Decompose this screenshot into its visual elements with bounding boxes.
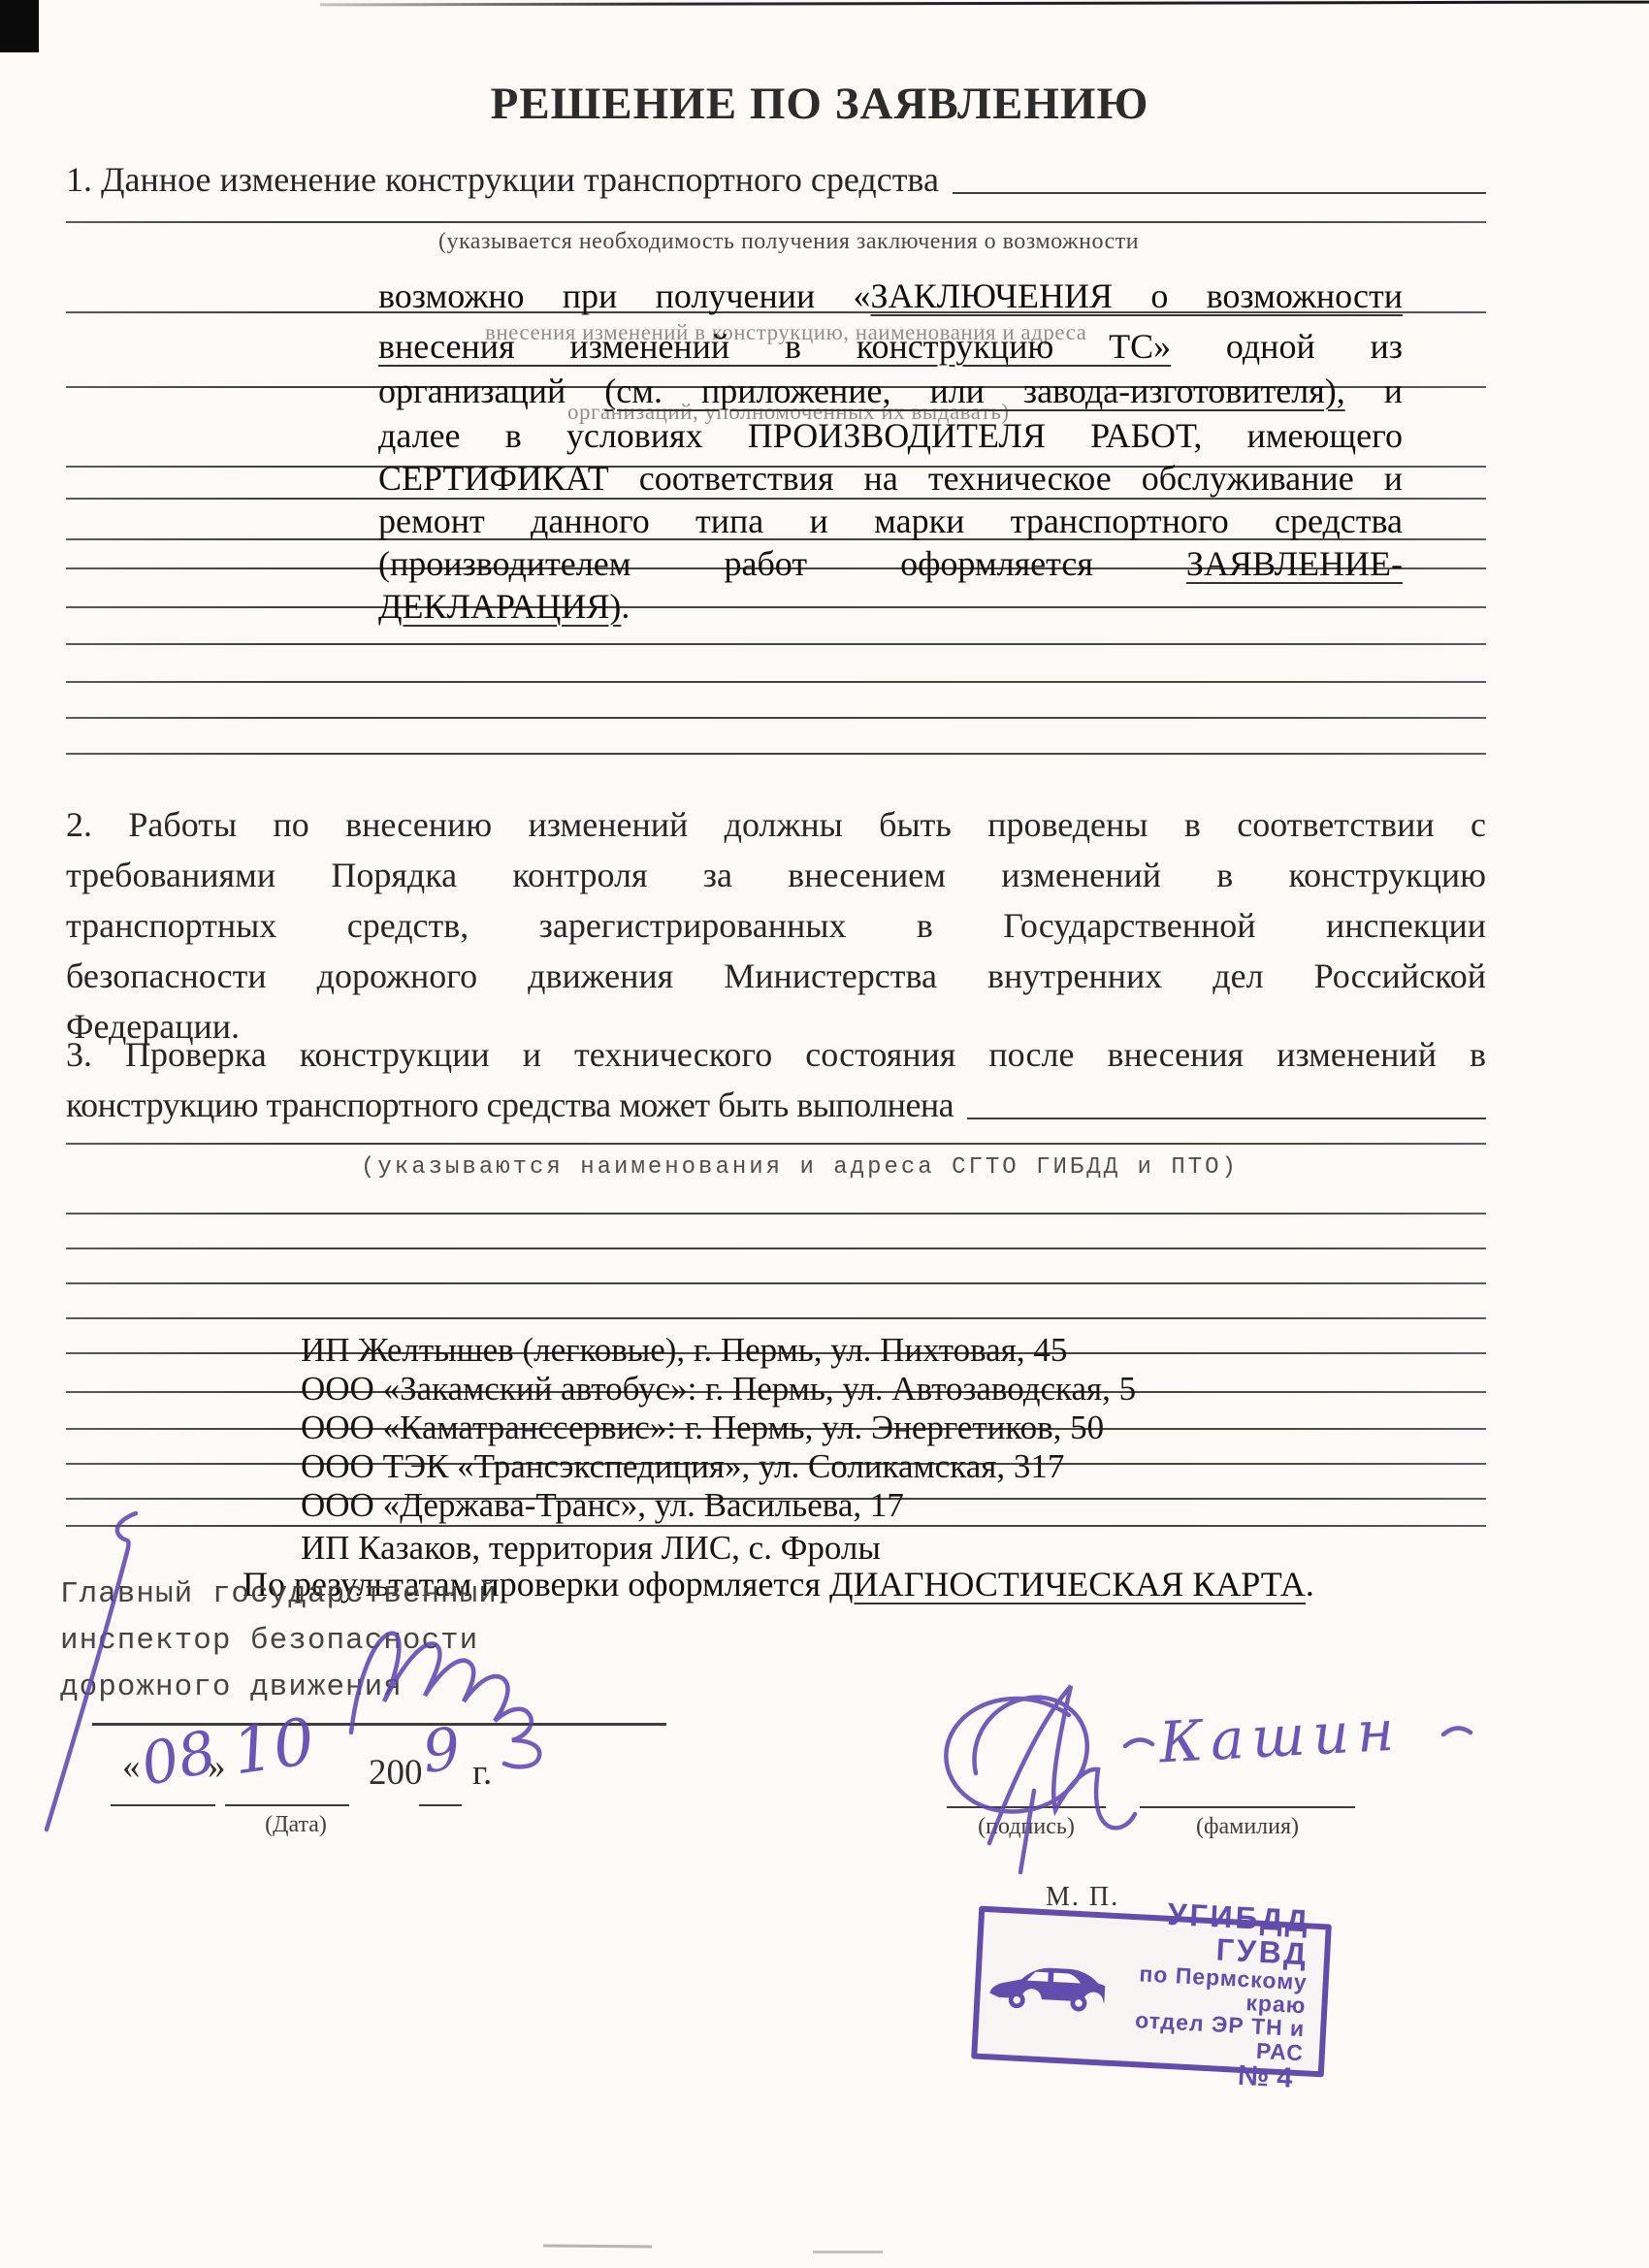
result-text: . (1306, 1565, 1314, 1604)
clause-2-line: требованиями Порядка контроля за внесени… (66, 850, 1486, 900)
answer-text-underlined: (см. приложение, или завода-изготовителя… (604, 372, 1345, 410)
inspector-title-line-1: Главный государственный (60, 1577, 498, 1611)
ruled-line (66, 1143, 1486, 1145)
answer-text: . (621, 587, 630, 626)
answer-text-underlined: ЗАКЛЮЧЕНИЯ о возможности (871, 276, 1403, 315)
ruled-line (66, 1213, 1486, 1215)
signature-label: (подпись) (929, 1814, 1123, 1840)
result-text-underlined: ДИАГНОСТИЧЕСКАЯ КАРТА (829, 1565, 1306, 1604)
scan-edge-line (320, 1, 1649, 7)
answer-line-4: далее в условиях ПРОИЗВОДИТЕЛЯ РАБОТ, им… (378, 415, 1403, 456)
signature-blank-line (947, 1806, 1106, 1808)
scan-corner-artifact (0, 0, 39, 52)
clause-2-paragraph: 2. Работы по внесению изменений должны б… (66, 799, 1486, 1052)
organization-item: ООО «Каматранссервис»: г. Пермь, ул. Эне… (301, 1409, 1104, 1447)
clause-1-row: 1. Данное изменение конструкции транспор… (66, 159, 1486, 200)
scanned-document-page: РЕШЕНИЕ ПО ЗАЯВЛЕНИЮ 1. Данное изменение… (0, 0, 1649, 2268)
answer-text: организаций (378, 372, 604, 410)
clause-3-line-2: конструкцию транспортного средства может… (66, 1085, 1486, 1125)
stamp-line-1: УГИБДД ГУВД (1107, 1895, 1311, 1971)
answer-line-7: (производителем работ оформляется ЗАЯВЛЕ… (378, 543, 1403, 584)
date-quote-open: « (122, 1746, 141, 1788)
surname-label: (фамилия) (1140, 1814, 1355, 1840)
car-icon (986, 1954, 1107, 2018)
answer-line-1: возможно при получении «ЗАКЛЮЧЕНИЯ о воз… (378, 275, 1403, 316)
date-year-suffix: г. (472, 1752, 492, 1794)
answer-line-5: СЕРТИФИКАТ соответствия на техническое о… (378, 458, 1403, 499)
clause-2-line: 2. Работы по внесению изменений должны б… (66, 799, 1486, 850)
scan-bottom-artifact (813, 2251, 883, 2253)
ruled-line (66, 681, 1486, 683)
clause-2-line: транспортных средств, зарегистрированных… (66, 900, 1486, 951)
date-label: (Дата) (228, 1812, 364, 1838)
answer-text: одной из (1171, 327, 1403, 366)
ruled-line (66, 1282, 1486, 1284)
answer-line-8: ДЕКЛАРАЦИЯ). (378, 586, 1403, 627)
date-blank-line (225, 1804, 349, 1806)
blank-fill-line (967, 1118, 1486, 1119)
answer-text: (производителем работ оформляется (378, 544, 1186, 583)
clause-3-text: конструкцию транспортного средства может… (66, 1085, 954, 1125)
clause-3-line-1: 3. Проверка конструкции и технического с… (66, 1034, 1486, 1075)
surname-blank-line (1140, 1806, 1355, 1808)
handwritten-year-digit: 9 (419, 1715, 463, 1787)
surname-tilde-mark (1443, 1728, 1471, 1734)
answer-text-underlined: ЗАЯВЛЕНИЕ- (1186, 544, 1403, 583)
ruled-line (66, 717, 1486, 719)
inspector-title-line-2: инспектор безопасности (60, 1624, 478, 1658)
organization-item: ИП Казаков, территория ЛИС, с. Фролы (301, 1529, 881, 1568)
clause-1-text: 1. Данное изменение конструкции транспор… (66, 159, 939, 200)
ruled-line (66, 1317, 1486, 1319)
stamp-text: УГИБДД ГУВД по Пермскому краю отдел ЭР Т… (1100, 1895, 1327, 2095)
date-blank-line (419, 1804, 462, 1806)
handwritten-month: 10 (228, 1704, 319, 1790)
ruled-line (66, 1247, 1486, 1249)
inspector-title-line-3: дорожного движения (60, 1670, 403, 1704)
blank-fill-line (953, 192, 1486, 194)
organization-item: ООО «Закамский автобус»: г. Пермь, ул. А… (301, 1370, 1136, 1409)
document-title: РЕШЕНИЕ ПО ЗАЯВЛЕНИЮ (451, 78, 1188, 130)
ruled-line (66, 753, 1486, 755)
answer-text: и (1345, 372, 1403, 410)
organization-item: ООО ТЭК «Трансэкспедиция», ул. Соликамск… (301, 1447, 1064, 1486)
handwritten-surname: Кашин (1157, 1698, 1403, 1776)
surname-tilde-mark (1125, 1739, 1152, 1746)
ruled-line (66, 643, 1486, 645)
answer-line-6: ремонт данного типа и марки транспортног… (378, 501, 1403, 541)
scan-bottom-artifact (543, 2245, 652, 2249)
answer-line-3: организаций (см. приложение, или завода-… (378, 371, 1403, 411)
ruled-line (66, 1525, 1486, 1527)
date-blank-line (111, 1804, 215, 1806)
ruled-line (66, 221, 1486, 223)
form-hint-1: (указывается необходимость получения зак… (438, 229, 1139, 255)
official-stamp: УГИБДД ГУВД по Пермскому краю отдел ЭР Т… (971, 1906, 1332, 2078)
sgto-hint: (указываются наименования и адреса СГТО … (361, 1154, 1239, 1181)
answer-text-underlined: ДЕКЛАРАЦИЯ) (378, 587, 621, 626)
answer-line-2: внесения изменений в конструкцию ТС» одн… (378, 326, 1403, 367)
date-year-prefix: 200 (369, 1752, 423, 1794)
organization-item: ООО «Держава-Транс», ул. Васильева, 17 (301, 1486, 904, 1525)
answer-text-underlined: внесения изменений в конструкцию ТС» (378, 327, 1171, 366)
organization-item: ИП Желтышев (легковые), г. Пермь, ул. Пи… (301, 1331, 1067, 1370)
answer-text: возможно при получении « (378, 276, 871, 315)
signature-scribble (946, 1698, 1086, 1812)
clause-2-line: безопасности дорожного движения Министер… (66, 951, 1486, 1001)
